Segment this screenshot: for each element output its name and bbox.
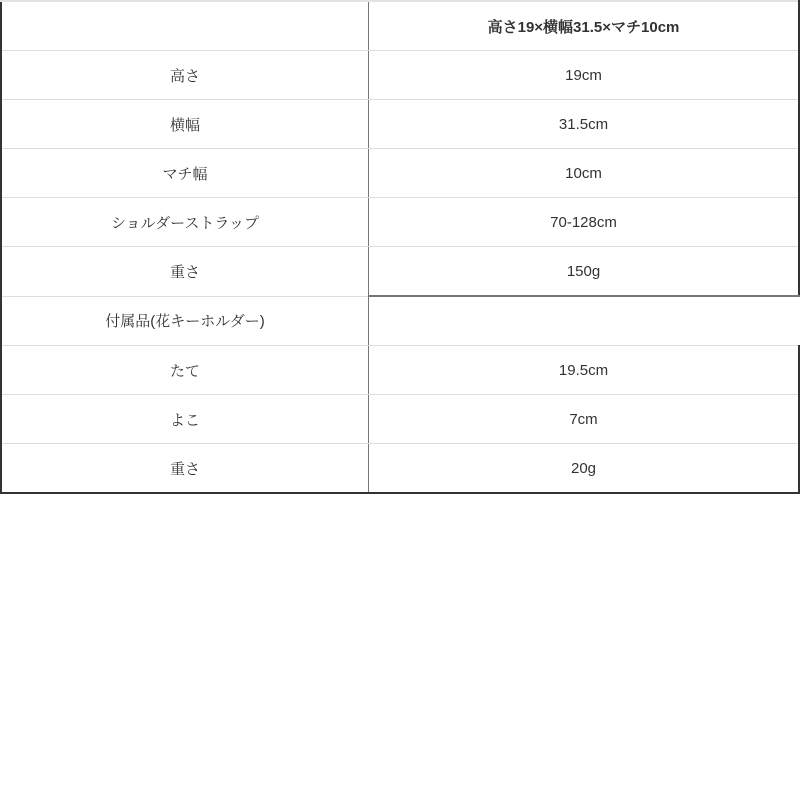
spec-row-shoulder-strap: ショルダーストラップ 70-128cm <box>1 198 799 247</box>
spec-row-accessory-length: たて 19.5cm <box>1 346 799 395</box>
spec-label: たて <box>1 346 369 395</box>
spec-label: 付属品(花キーホルダー) <box>1 296 369 346</box>
spec-row-height: 高さ 19cm <box>1 51 799 100</box>
spec-row-accessory: 付属品(花キーホルダー) <box>1 296 799 346</box>
spec-label: 高さ <box>1 51 369 100</box>
spec-header-label <box>1 1 369 51</box>
spec-label: マチ幅 <box>1 149 369 198</box>
spec-row-accessory-weight: 重さ 20g <box>1 444 799 494</box>
spec-row-width: 横幅 31.5cm <box>1 100 799 149</box>
spec-row-gusset: マチ幅 10cm <box>1 149 799 198</box>
spec-value: 7cm <box>369 395 800 444</box>
spec-header-dimensions: 高さ19×横幅31.5×マチ10cm <box>369 1 800 51</box>
product-spec-table: 高さ19×横幅31.5×マチ10cm 高さ 19cm 横幅 31.5cm マチ幅… <box>0 0 800 494</box>
spec-row-accessory-width: よこ 7cm <box>1 395 799 444</box>
spec-label: ショルダーストラップ <box>1 198 369 247</box>
spec-value: 70-128cm <box>369 198 800 247</box>
spec-value: 19cm <box>369 51 800 100</box>
spec-label: 重さ <box>1 444 369 494</box>
spec-value <box>369 296 800 346</box>
spec-label: 横幅 <box>1 100 369 149</box>
spec-value: 19.5cm <box>369 346 800 395</box>
spec-label: 重さ <box>1 247 369 297</box>
spec-value: 31.5cm <box>369 100 800 149</box>
spec-row-weight: 重さ 150g <box>1 247 799 297</box>
spec-header-row: 高さ19×横幅31.5×マチ10cm <box>1 1 799 51</box>
spec-value: 20g <box>369 444 800 494</box>
spec-label: よこ <box>1 395 369 444</box>
spec-value: 10cm <box>369 149 800 198</box>
spec-value: 150g <box>369 247 800 297</box>
